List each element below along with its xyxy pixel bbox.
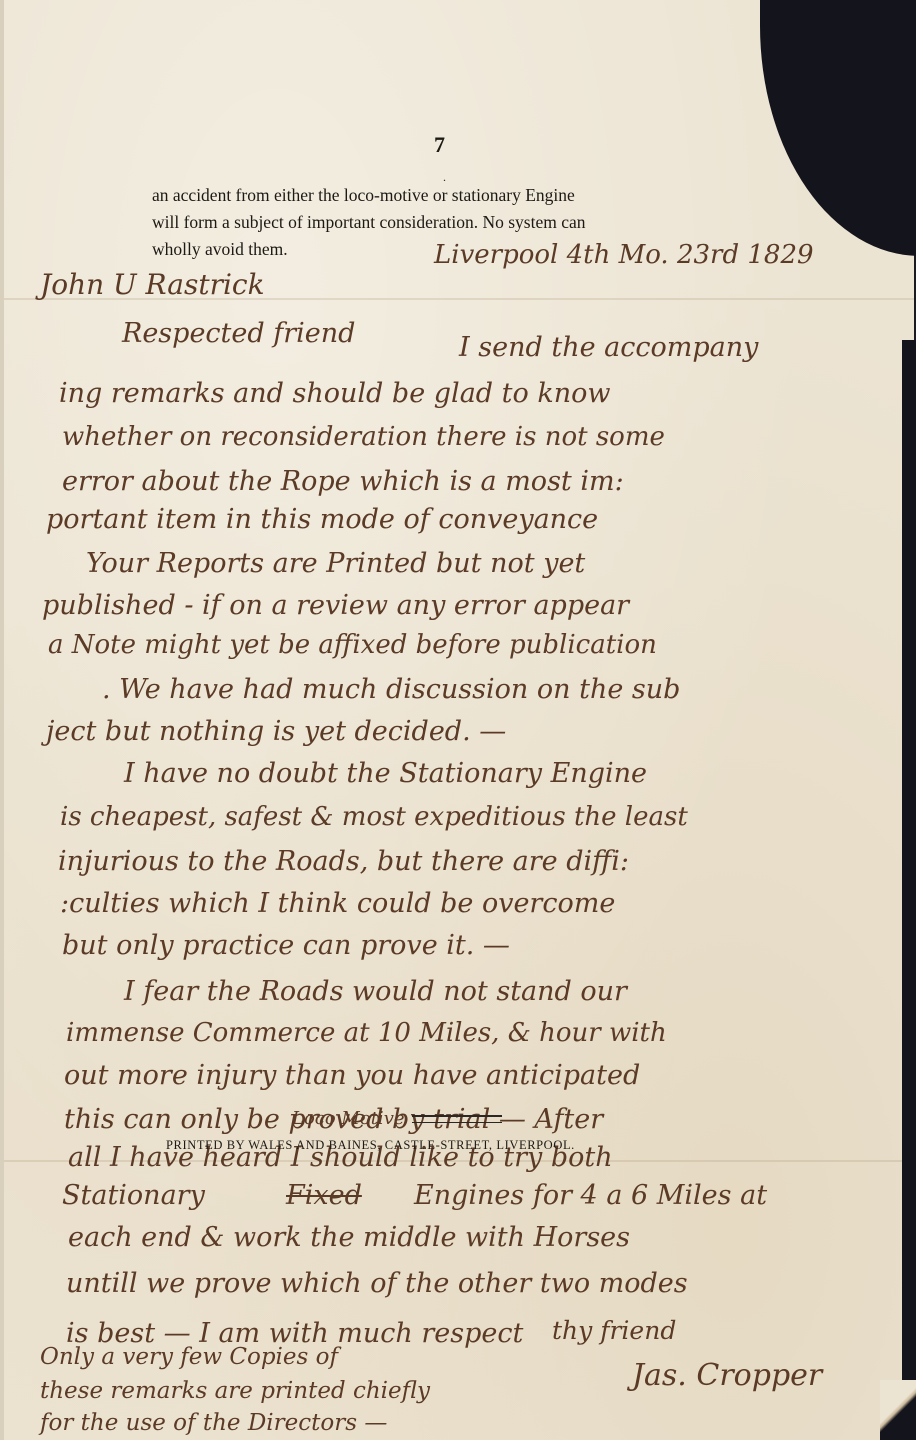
closing-line: untill we prove which of the other two m… [66,1268,688,1299]
printed-line: will form a subject of important conside… [152,209,772,236]
closing-line: Stationary [62,1180,205,1211]
postscript-line: these remarks are printed chiefly [40,1378,430,1404]
body-line: I send the accompany [459,332,758,363]
printed-rule [412,1115,502,1123]
body-line: ing remarks and should be glad to know [59,378,610,409]
closing-line: Engines for 4 a 6 Miles at [414,1180,767,1211]
body-line: published - if on a review any error app… [42,590,629,621]
insertion-note: Loco Motive [292,1108,405,1129]
body-line: but only practice can prove it. — [62,930,510,961]
signature: Jas. Cropper [632,1358,822,1393]
page-number: 7 [434,132,445,158]
postscript-line: Only a very few Copies of [40,1344,338,1370]
body-line: error about the Rope which is a most im: [62,466,624,497]
printer-imprint: PRINTED BY WALES AND BAINES, CASTLE-STRE… [166,1138,575,1153]
body-line: :culties which I think could be overcome [60,888,615,919]
body-line: is cheapest, safest & most expeditious t… [60,802,688,832]
letter-paper: 7 . an accident from either the loco-mot… [0,0,914,1440]
closing-line: each end & work the middle with Horses [68,1222,630,1253]
torn-edge [902,340,916,1440]
body-line: I fear the Roads would not stand our [124,976,627,1007]
recipient: John U Rastrick [40,268,265,301]
body-line: ject but nothing is yet decided. — [46,716,506,747]
body-line: portant item in this mode of conveyance [46,504,598,535]
folded-corner [880,1380,916,1440]
printed-line: an accident from either the loco-motive … [152,182,772,209]
body-line: immense Commerce at 10 Miles, & hour wit… [66,1018,667,1048]
body-line: Your Reports are Printed but not yet [86,548,585,579]
body-line: a Note might yet be affixed before publi… [48,630,657,660]
valediction: thy friend [552,1316,676,1345]
body-line: I have no doubt the Stationary Engine [124,758,647,789]
postscript-line: for the use of the Directors — [40,1410,387,1436]
body-line: injurious to the Roads, but there are di… [58,846,629,877]
body-line: . We have had much discussion on the sub [102,674,680,705]
struck-word: Fixed [286,1180,362,1211]
body-line: out more injury than you have anticipate… [64,1060,640,1091]
salutation: Respected friend [122,318,355,349]
dateline: Liverpool 4th Mo. 23rd 1829 [434,240,814,270]
body-line: whether on reconsideration there is not … [62,422,665,452]
